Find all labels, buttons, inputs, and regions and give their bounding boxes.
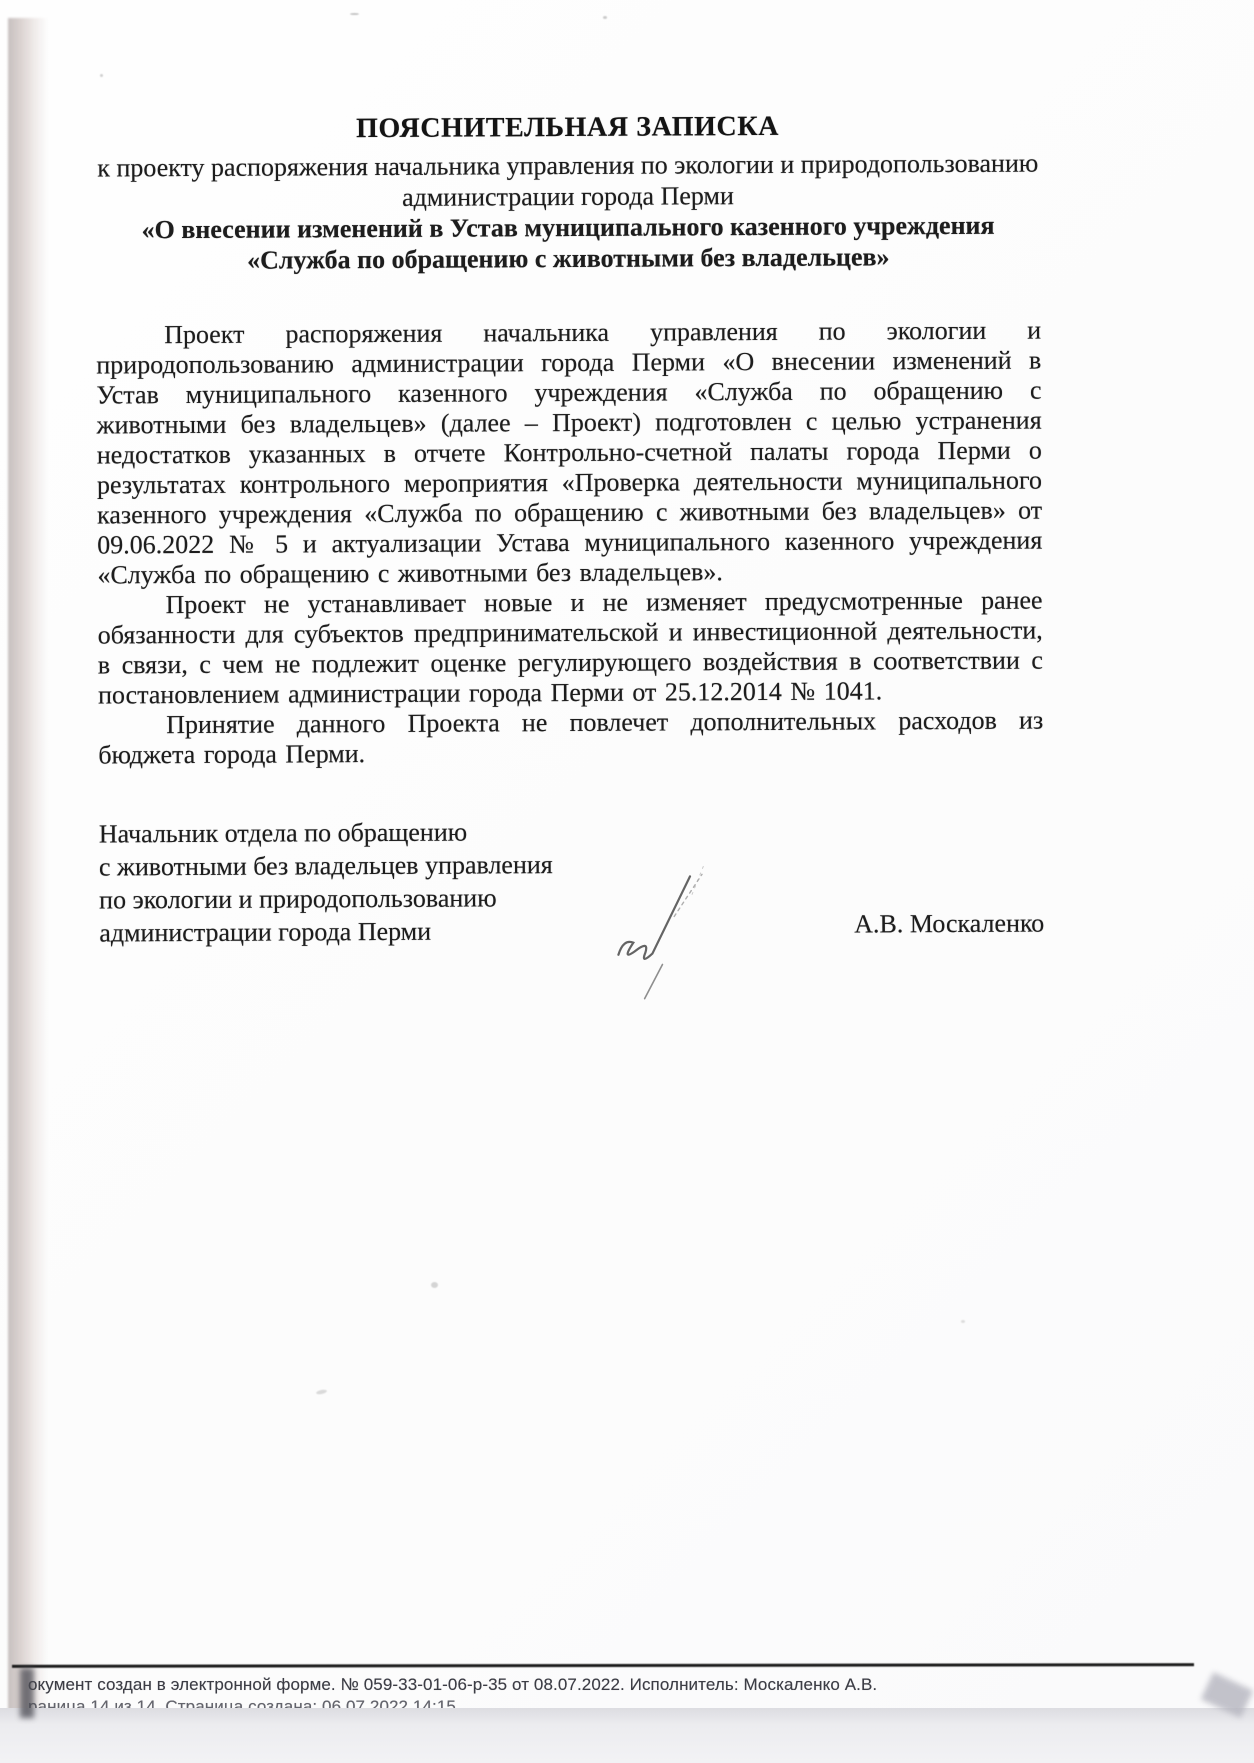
scan-speck bbox=[316, 1389, 328, 1395]
signature-block: Начальник отдела по обращению с животным… bbox=[99, 813, 1045, 968]
subtitle-line-4: «Служба по обращению с животными без вла… bbox=[96, 241, 1041, 277]
handwritten-signature-icon bbox=[604, 854, 725, 1000]
subtitle-line-1: к проекту распоряжения начальника управл… bbox=[95, 148, 1040, 184]
scan-speck bbox=[603, 16, 607, 19]
scan-speck bbox=[100, 74, 103, 77]
scan-corner-mark-left bbox=[20, 1668, 34, 1718]
subtitle-line-2: администрации города Перми bbox=[95, 179, 1040, 215]
body-paragraph-1: Проект распоряжения начальника управлени… bbox=[96, 316, 1042, 591]
body-paragraph-2: Проект не устанавливает новые и не измен… bbox=[97, 586, 1043, 711]
position-line-2: с животными без владельцев управления bbox=[99, 846, 1044, 884]
subtitle-line-3: «О внесении изменений в Устав муниципаль… bbox=[96, 210, 1041, 246]
position-line-1: Начальник отдела по обращению bbox=[99, 813, 1044, 851]
scan-edge-shadow-left bbox=[8, 18, 48, 1763]
scan-speck bbox=[961, 1320, 965, 1323]
scan-speck bbox=[431, 1282, 438, 1288]
document-body: Проект распоряжения начальника управлени… bbox=[96, 316, 1043, 771]
footer-document-info: окумент создан в электронной форме. № 05… bbox=[28, 1675, 877, 1695]
scan-speck bbox=[350, 13, 359, 15]
footer-separator-line bbox=[12, 1663, 1194, 1668]
document-title: ПОЯСНИТЕЛЬНАЯ ЗАПИСКА bbox=[95, 110, 1040, 147]
body-paragraph-3: Принятие данного Проекта не повлечет доп… bbox=[98, 706, 1043, 771]
scanned-document-page: ПОЯСНИТЕЛЬНАЯ ЗАПИСКА к проекту распоряж… bbox=[0, 0, 1254, 1763]
document-subtitle: к проекту распоряжения начальника управл… bbox=[95, 148, 1041, 277]
scan-bottom-edge bbox=[0, 1708, 1254, 1763]
document-content: ПОЯСНИТЕЛЬНАЯ ЗАПИСКА к проекту распоряж… bbox=[95, 110, 1044, 968]
signatory-name: А.В. Москаленко bbox=[854, 909, 1044, 940]
